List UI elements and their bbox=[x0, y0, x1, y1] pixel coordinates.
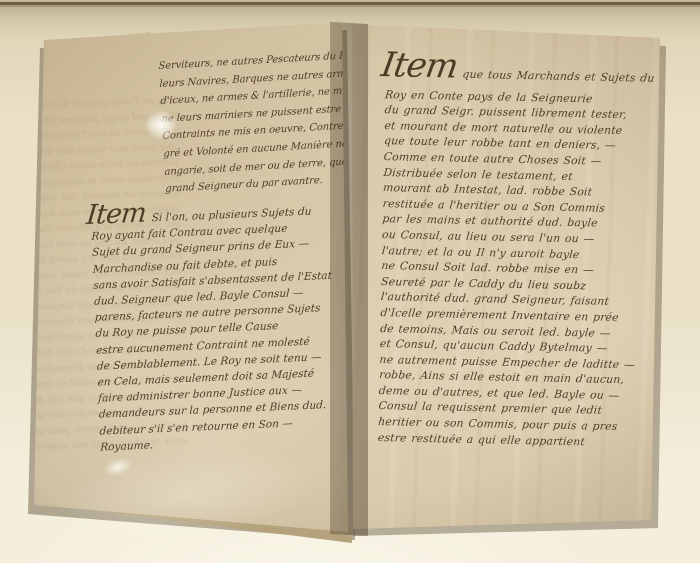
paragraph-first-line: Item que tous Marchands et Sujets du — bbox=[381, 50, 654, 86]
text-line: que tous Marchands et Sujets du — bbox=[462, 67, 671, 87]
framed-manuscript-photo: Roy en Conte pays de la Seigneuriedu gra… bbox=[0, 0, 700, 563]
paragraph-lines: Roy ayant fait Contrau avec quelqueSujet… bbox=[91, 218, 364, 456]
glare-highlight bbox=[140, 106, 182, 144]
left-page-item-paragraph: Item Si l'on, ou plusieurs Sujets du Roy… bbox=[86, 193, 364, 456]
item-initial: Item bbox=[85, 201, 146, 228]
right-page-item-paragraph: Item que tous Marchands et Sujets du — R… bbox=[374, 50, 654, 451]
frame-edge-shadow bbox=[0, 0, 700, 7]
paragraph-lines: Roy en Conte pays de la Seigneuriedu gra… bbox=[378, 87, 653, 451]
item-initial: Item bbox=[379, 50, 459, 82]
